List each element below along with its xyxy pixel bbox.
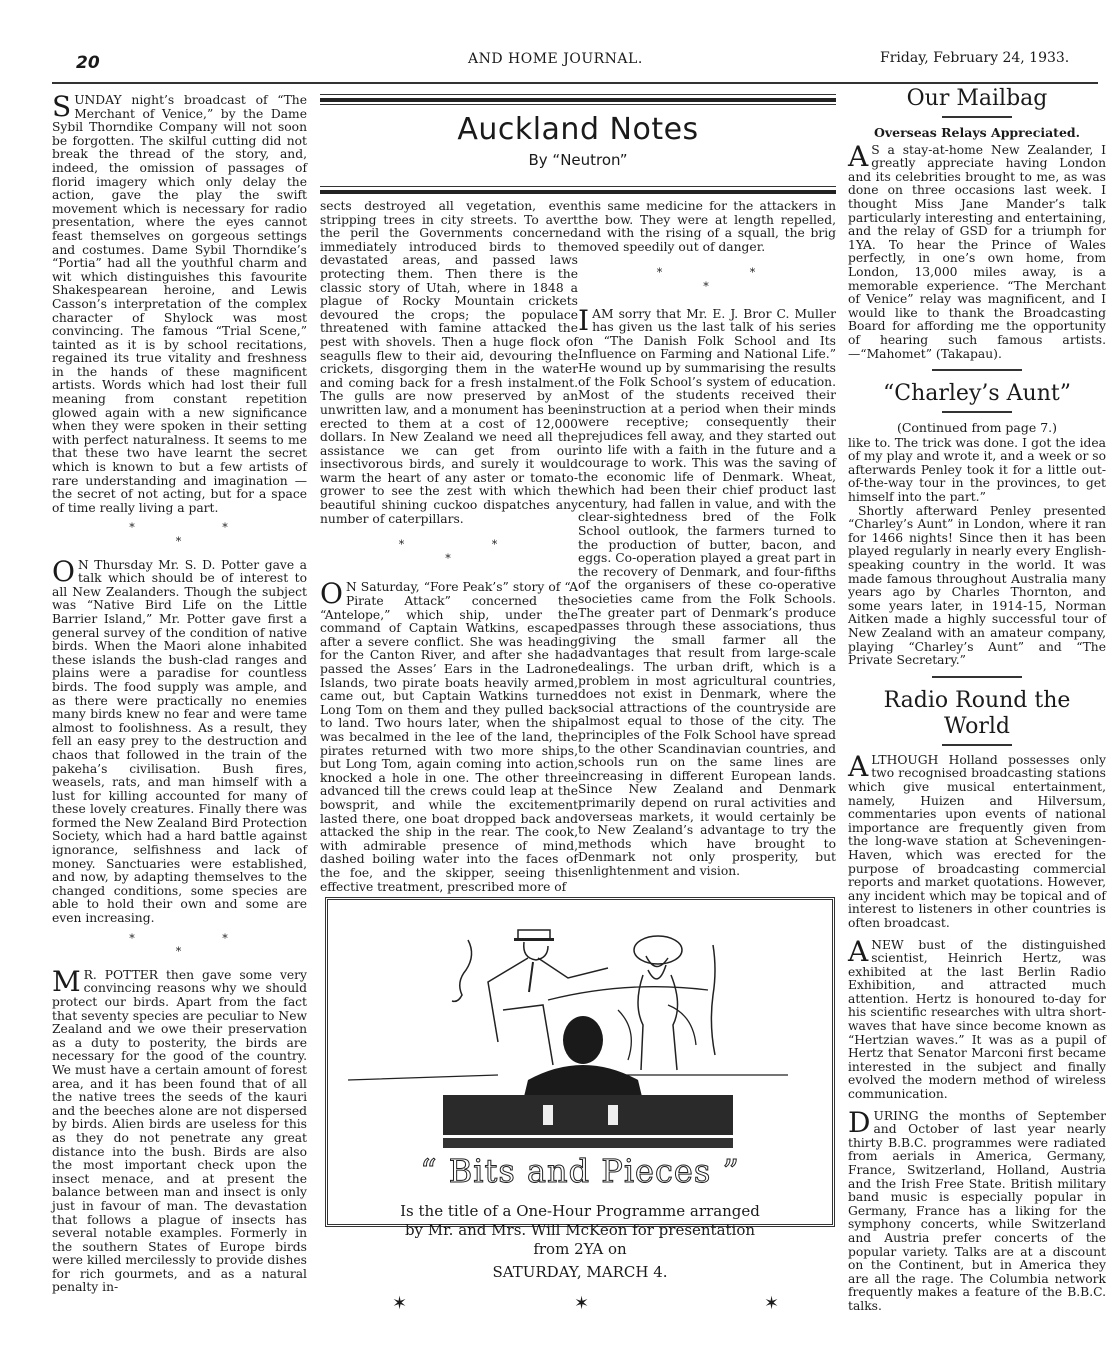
star-icon: ✶ — [764, 1293, 779, 1314]
rule — [320, 190, 836, 194]
dropcap: O — [52, 560, 75, 584]
star-icon: ✶ — [392, 1293, 407, 1314]
advert-date: SATURDAY, MARCH 4. — [328, 1263, 832, 1282]
dropcap: S — [52, 95, 71, 119]
radio-world-title: Radio Round the World — [848, 688, 1106, 740]
rule — [320, 98, 836, 102]
rule — [942, 744, 1012, 746]
potter-talk-paragraph: ON Thursday Mr. S. D. Potter gave a talk… — [52, 559, 307, 926]
advert-line-2: by Mr. and Mrs. Will McKeon for presenta… — [328, 1221, 832, 1240]
column-2: sects destroyed all vegetation, even str… — [320, 200, 578, 894]
section-separator: * * * — [52, 515, 307, 558]
top-rule — [52, 82, 1098, 84]
section-title: Auckland Notes — [320, 112, 836, 147]
rule — [320, 186, 836, 187]
dropcap: A — [848, 755, 868, 779]
rule — [942, 411, 1012, 413]
page-number: 20 — [76, 53, 100, 73]
bbc-programmes-paragraph: DURING the months of September and Octob… — [848, 1110, 1106, 1314]
rule — [942, 116, 1012, 118]
column-3: this same medicine for the attackers in … — [578, 200, 836, 879]
pirate-attack-paragraph: ON Saturday, “Fore Peak’s” story of “A P… — [320, 581, 578, 894]
advert-line-3: from 2YA on — [328, 1240, 832, 1259]
danish-folk-school-paragraph: I AM sorry that Mr. E. J. Bror C. Muller… — [578, 308, 836, 879]
column-1: SUNDAY night’s broadcast of “The Merchan… — [52, 94, 307, 1295]
charleys-aunt-title: “Charley’s Aunt” — [848, 381, 1106, 407]
bits-and-pieces-advert: “ Bits and Pieces ” Is the title of a On… — [325, 897, 835, 1227]
rule — [320, 94, 836, 95]
section-separator: * * * — [320, 526, 578, 581]
stage-illustration — [328, 900, 832, 1150]
rule — [932, 369, 1022, 371]
continued-note: (Continued from page 7.) — [848, 421, 1106, 435]
rule — [932, 676, 1022, 678]
mailbag-title: Our Mailbag — [848, 86, 1106, 112]
rule — [320, 104, 836, 105]
masthead: AND HOME JOURNAL. — [468, 51, 643, 67]
dropcap: O — [320, 582, 343, 606]
sunday-broadcast-paragraph: SUNDAY night’s broadcast of “The Merchan… — [52, 94, 307, 515]
charleys-aunt-paragraph-1: like to. The trick was done. I got the i… — [848, 437, 1106, 505]
section-separator: * * * — [578, 254, 836, 307]
hertz-paragraph: A NEW bust of the distinguished scientis… — [848, 939, 1106, 1102]
byline: By “Neutron” — [320, 151, 836, 169]
dropcap: D — [848, 1111, 870, 1135]
dropcap: A — [848, 145, 868, 169]
dropcap: A — [848, 940, 868, 964]
potter-reasons-paragraph: MR. POTTER then gave some very convincin… — [52, 969, 307, 1295]
issue-date: Friday, February 24, 1933. — [880, 50, 1069, 66]
advert-title: “ Bits and Pieces ” — [328, 1152, 832, 1190]
dropcap: I — [578, 309, 589, 333]
charleys-aunt-paragraph-2: Shortly afterward Penley presented “Char… — [848, 505, 1106, 668]
insects-paragraph: sects destroyed all vegetation, even str… — [320, 200, 578, 526]
dropcap: M — [52, 970, 81, 994]
mailbag-letter: AS a stay-at-home New Zealander, I great… — [848, 144, 1106, 362]
column-4: Our Mailbag Overseas Relays Appreciated.… — [848, 86, 1106, 1314]
mailbag-subhead: Overseas Relays Appreciated. — [848, 126, 1106, 140]
advert-line-1: Is the title of a One-Hour Programme arr… — [328, 1202, 832, 1221]
pirate-continued-paragraph: this same medicine for the attackers in … — [578, 200, 836, 254]
section-separator: * * * — [52, 926, 307, 969]
holland-paragraph: ALTHOUGH Holland possesses only two reco… — [848, 754, 1106, 931]
auckland-notes-header: Auckland Notes By “Neutron” — [320, 94, 836, 198]
star-icon: ✶ — [574, 1293, 589, 1314]
